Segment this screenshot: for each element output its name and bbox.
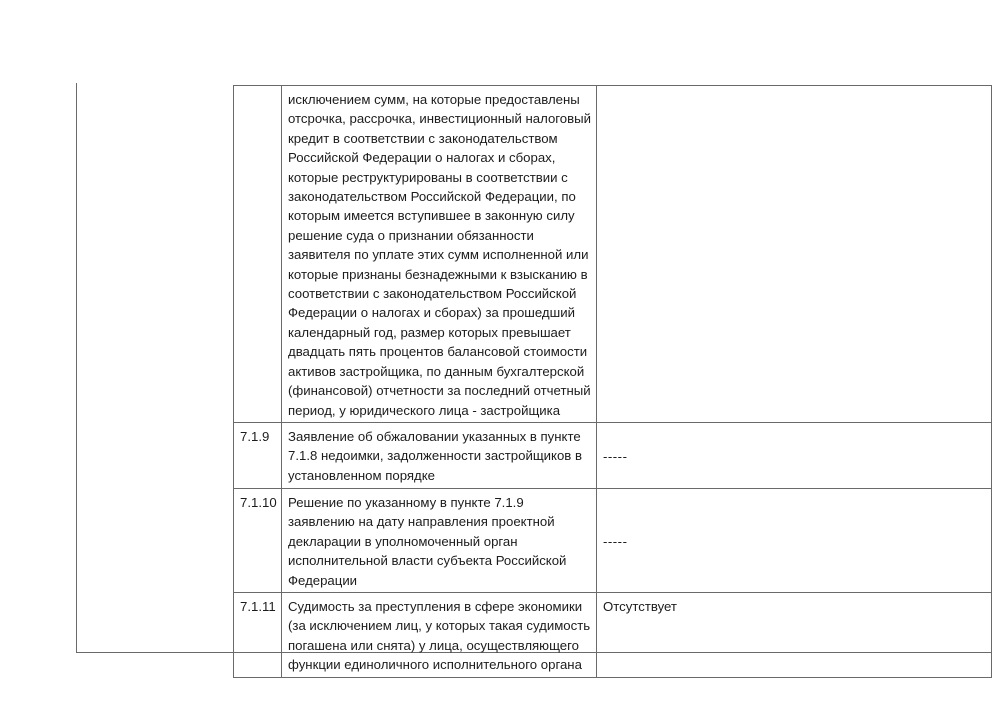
row-number [234,86,282,423]
row-value: ----- [597,488,992,592]
row-number: 7.1.11 [234,592,282,677]
table-row: 7.1.10 Решение по указанному в пункте 7.… [234,488,992,592]
row-number: 7.1.9 [234,422,282,488]
row-value [597,86,992,423]
row-number: 7.1.10 [234,488,282,592]
table-row: 7.1.11 Судимость за преступления в сфере… [234,592,992,677]
row-value: ----- [597,422,992,488]
row-description: Судимость за преступления в сфере эконом… [282,592,597,677]
outer-table-left-border [76,83,77,653]
table-row: исключением сумм, на которые предоставле… [234,86,992,423]
row-description: Заявление об обжаловании указанных в пун… [282,422,597,488]
declaration-table: исключением сумм, на которые предоставле… [233,85,992,678]
row-value: Отсутствует [597,592,992,677]
row-description: Решение по указанному в пункте 7.1.9 зая… [282,488,597,592]
row-description: исключением сумм, на которые предоставле… [282,86,597,423]
table-row: 7.1.9 Заявление об обжаловании указанных… [234,422,992,488]
